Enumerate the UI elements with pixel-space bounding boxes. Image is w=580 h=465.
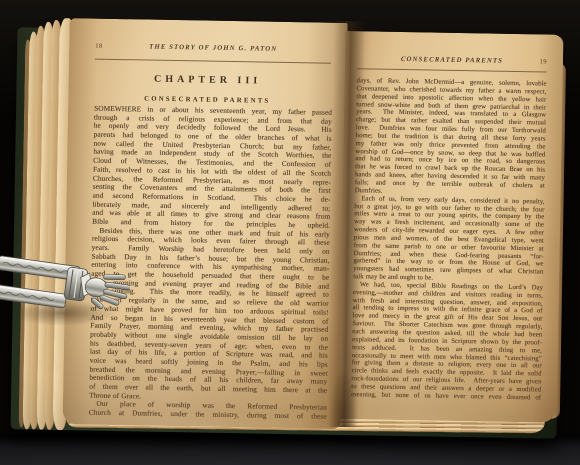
silver-hand-bookmark-clip [0, 252, 130, 334]
right-page: CONSECRATED PARENTS 19 days, of Rev. Joh… [339, 31, 564, 423]
right-page-number: 19 [539, 58, 547, 65]
right-running-head: CONSECRATED PARENTS 19 [357, 55, 547, 68]
right-page-text: days, of Rev. John McDermid—a genuine, s… [351, 77, 547, 402]
left-page-edges [10, 9, 572, 19]
photograph-of-open-book: 18 THE STORY OF JOHN G. PATON CHAPTER II… [0, 0, 580, 465]
bookmark-lower-bar [0, 284, 67, 308]
left-page: 18 THE STORY OF JOHN G. PATON CHAPTER II… [63, 18, 348, 429]
left-header-rule [95, 59, 331, 64]
text-line: Church at Dumfries, under the ministry, … [89, 409, 327, 422]
chapter-heading: CHAPTER III [69, 72, 347, 88]
right-header-rule [357, 68, 547, 72]
right-running-title: CONSECRATED PARENTS [357, 55, 547, 65]
left-running-title: THE STORY OF JOHN G. PATON [95, 43, 331, 54]
left-running-head: 18 THE STORY OF JOHN G. PATON [95, 43, 331, 57]
open-book: 18 THE STORY OF JOHN G. PATON CHAPTER II… [2, 9, 572, 455]
